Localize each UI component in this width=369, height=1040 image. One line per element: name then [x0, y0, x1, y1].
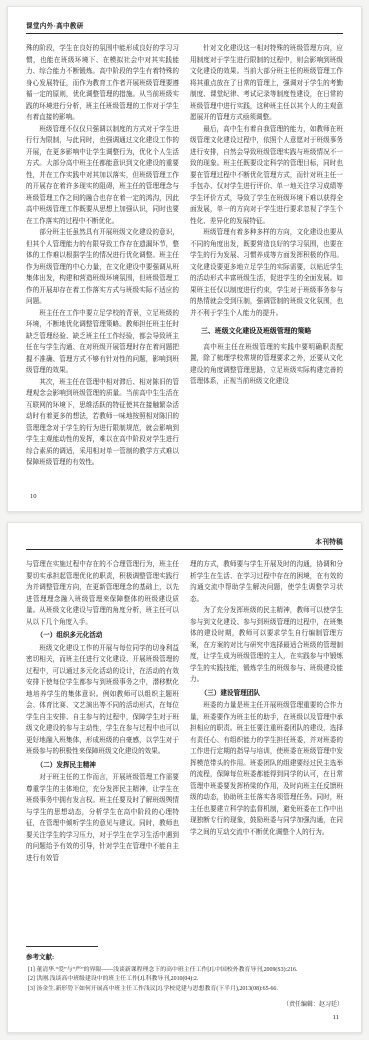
paragraph: 对于班主任的工作而言，开展班级管理工作需要尊重学生的主体地位，充分发挥民主精神，…	[26, 772, 179, 864]
section-heading: 三、班级文化建设及班级管理的策略	[190, 326, 343, 338]
paragraph: 班主任在工作中要立足学校的背景，立足班级的环境，不断地优化调整管理策略。教师担任…	[26, 308, 179, 377]
page1-right-column: 针对文化建设这一相对特殊的班级管理方向，应用制度对于学生进行限制的过程中，则会影…	[190, 43, 343, 484]
page-number: 10	[30, 493, 37, 500]
paragraph: 与管理在实施过程中存在的不合理管理行为，班主任要切实承担起管理优化的职责，积极调…	[26, 559, 179, 628]
subsection-heading: （三）建设管理团队	[190, 688, 343, 700]
paragraph: 部分班主任虽然具有开展班级文化建设的意识，但其个人管理能力的有限导致工作存在遗漏…	[26, 227, 179, 308]
paragraph: 针对文化建设这一相对特殊的班级管理方向，应用制度对于学生进行限制的过程中，则会影…	[190, 43, 343, 124]
paragraph: 班级管理有着多种多样的方向，文化建设也要从不同的角度出发，既要营造良好的学习氛围…	[190, 227, 343, 319]
paragraph: 班级管理不仅仅只强调以制度的方式对于学生进行行为限制，与此同时，也强调通过文化建…	[26, 124, 179, 228]
paragraph: 班级文化建设工作的开展与每位同学的切身利益密切相关，而班主任进行文化建设、开展班…	[26, 643, 179, 758]
paragraph: 最后，高中生有着自我管理的能力，如教师在班级管理文化建设过程中，依照个人意愿对于…	[190, 124, 343, 228]
page1-running-head: 课堂内外·高中教研	[26, 20, 343, 34]
page2-left-column: 与管理在实施过程中存在的不合理管理行为，班主任要切实承担起管理优化的职责，积极调…	[26, 559, 179, 939]
page1-left-column: 殊的阶段，学生在良好的氛围中能形成良好的学习习惯，也能在班级环境下、在模拟社会中…	[26, 43, 179, 484]
subsection-heading: （一）组织多元化活动	[26, 630, 179, 642]
page-1: 课堂内外·高中教研 殊的阶段，学生在良好的氛围中能形成良好的学习习惯，也能在班级…	[7, 6, 362, 512]
page-2: 本刊特稿 与管理在实施过程中存在的不合理管理行为，班主任要切实承担起管理优化的职…	[7, 522, 362, 1033]
references-divider	[26, 946, 98, 947]
paragraph: 高中班主任在班级管理的实践中要明确职责配置，除了梳理学校常规的管理要求之外，还要…	[190, 342, 343, 388]
responsible-editor: （责任编辑：赵习廷）	[26, 1000, 343, 1012]
paragraph: 理的方式，教师要与学生开展及时的沟通，协调和分析学生在生活、在学习过程中存在的困…	[190, 559, 343, 605]
paragraph: 班委的力量是班主任开展班级管理重要的合作力量，班委要作为班主任的助手，在班级以及…	[190, 700, 343, 838]
references-title: 参考文献:	[26, 952, 343, 964]
references-section: 参考文献: [1] 董清华.“爱”与“严”的界限——浅谈新课程理念下的高中班主任…	[26, 946, 343, 1012]
subsection-heading: （二）发挥民主精神	[26, 760, 179, 772]
reference-item: [1] 董清华.“爱”与“严”的界限——浅谈新课程理念下的高中班主任工作[J].…	[26, 966, 343, 976]
page1-body: 殊的阶段，学生在良好的氛围中能形成良好的学习习惯，也能在班级环境下、在模拟社会中…	[26, 43, 343, 484]
page-number: 11	[333, 1014, 339, 1021]
paragraph: 其次，班主任在管理中相对滞后、相对陈旧的管理观念会影响到班级管理的质量。当前高中…	[26, 377, 179, 469]
journal-column-title: 本刊特稿	[315, 536, 343, 546]
page2-right-column: 理的方式，教师要与学生开展及时的沟通，协调和分析学生在生活、在学习过程中存在的困…	[190, 559, 343, 939]
page2-running-head: 本刊特稿	[26, 536, 343, 550]
reference-item: [2] 洪刚.浅谈高中班级建设中的班主任工作[J].科教导刊,2010(04):…	[26, 975, 343, 985]
reference-item: [3] 汤金生.新形势下如何开展高中班主任工作浅议[J].学校党建与思想教育(下…	[26, 985, 343, 995]
page2-body: 与管理在实施过程中存在的不合理管理行为，班主任要切实承担起管理优化的职责，积极调…	[26, 559, 343, 939]
journal-article-scan: 课堂内外·高中教研 殊的阶段，学生在良好的氛围中能形成良好的学习习惯，也能在班级…	[0, 0, 369, 1040]
journal-section-title: 课堂内外·高中教研	[26, 20, 84, 30]
paragraph: 为了充分发挥班级的民主精神，教师可以使学生参与到文化建设、参与到班级管理的过程中…	[190, 605, 343, 686]
paragraph: 殊的阶段，学生在良好的氛围中能形成良好的学习习惯，也能在班级环境下、在模拟社会中…	[26, 43, 179, 124]
